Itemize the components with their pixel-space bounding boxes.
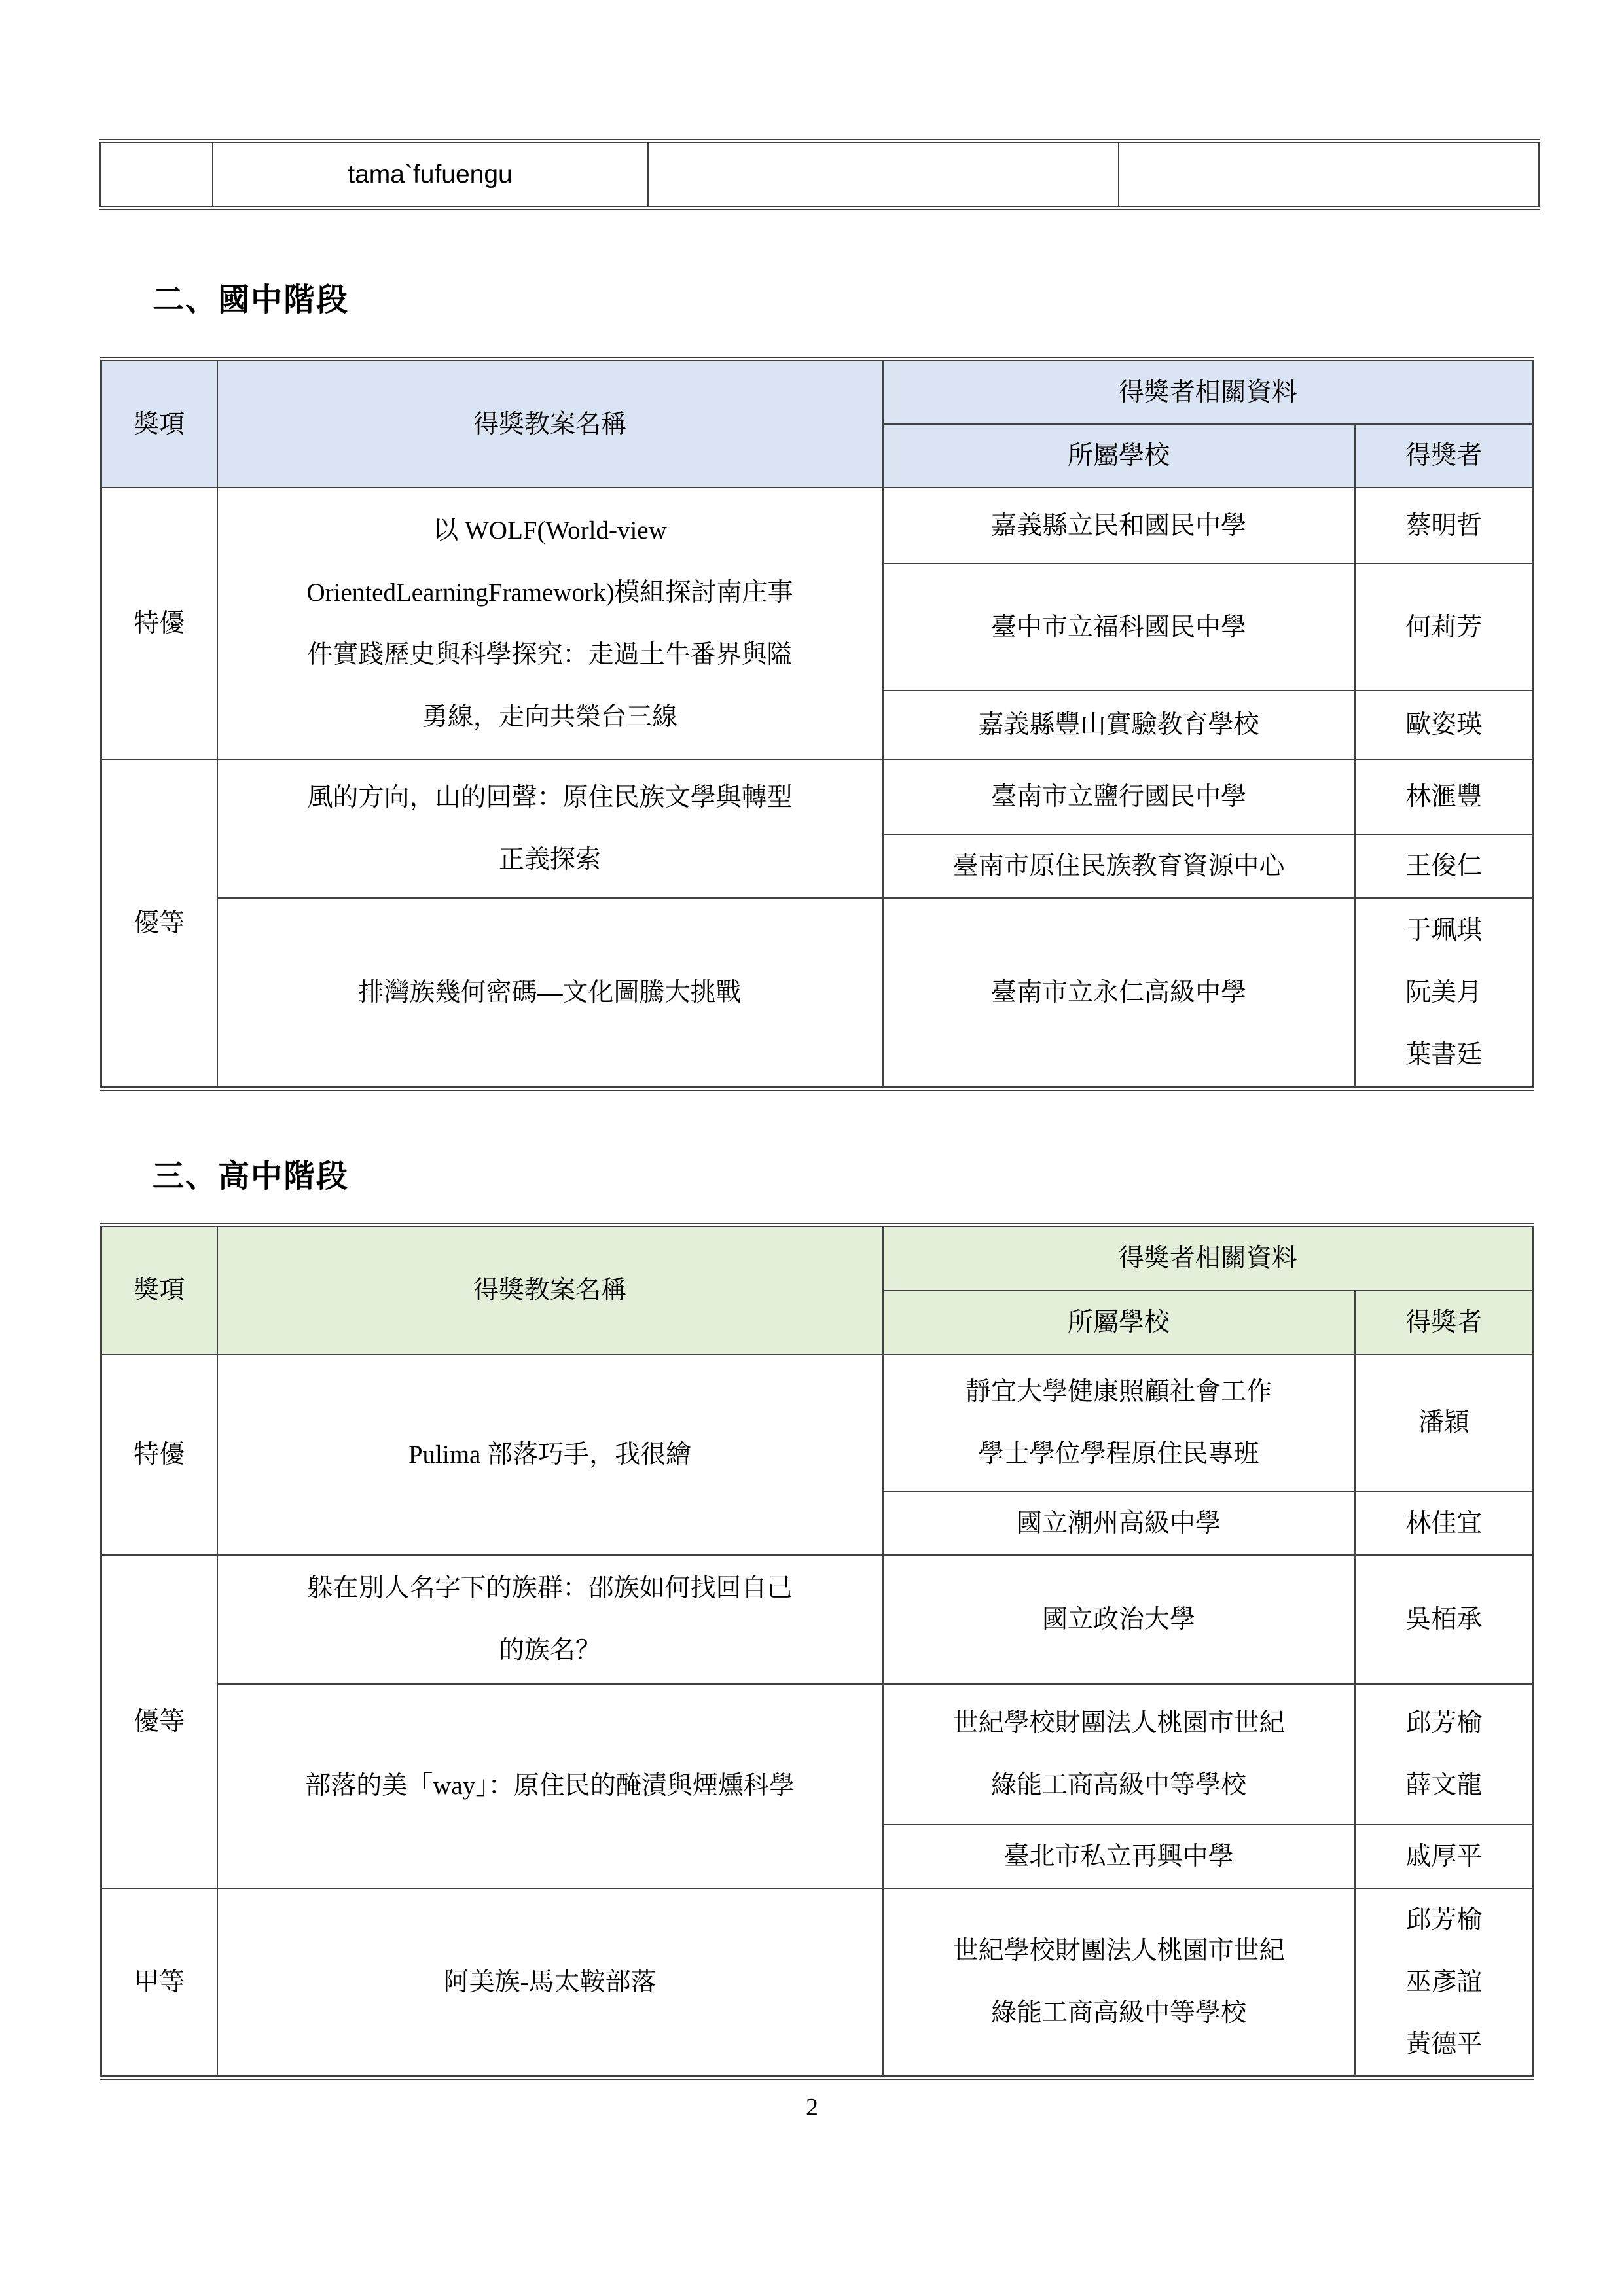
lesson-line: 阿美族-馬太鞍部落 [225, 1951, 876, 2013]
table-row: 排灣族幾何密碼—文化圖騰大挑戰 臺南市立永仁高級中學 于珮琪 阮美月 葉書廷 [101, 898, 1534, 1088]
header-related-info: 得獎者相關資料 [883, 359, 1534, 425]
school-cell: 臺南市立鹽行國民中學 [883, 759, 1355, 834]
award-cell: 甲等 [101, 1888, 217, 2078]
header-lesson: 得獎教案名稱 [217, 1225, 883, 1354]
school-cell: 世紀學校財團法人桃園市世紀 綠能工商高級中等學校 [883, 1684, 1355, 1825]
winner-cell: 歐姿瑛 [1355, 691, 1534, 759]
winner-cell [1119, 141, 1540, 208]
lesson-line: 件實踐歷史與科學探究：走過土牛番界與隘 [225, 624, 876, 686]
school-cell: 臺南市原住民族教育資源中心 [883, 834, 1355, 898]
school-cell: 國立政治大學 [883, 1555, 1355, 1684]
header-winner: 得獎者 [1355, 424, 1534, 488]
school-line: 世紀學校財團法人桃園市世紀 [890, 1692, 1348, 1754]
lesson-cell: 排灣族幾何密碼—文化圖騰大挑戰 [217, 898, 883, 1088]
header-winner: 得獎者 [1355, 1291, 1534, 1354]
lesson-line: 的族名？ [225, 1619, 876, 1681]
winner-cell: 邱芳榆 巫彥誼 黃德平 [1355, 1888, 1534, 2078]
senior-high-table: 獎項 得獎教案名稱 得獎者相關資料 所屬學校 得獎者 特優 Pulima 部落巧… [100, 1223, 1534, 2080]
award-cell: 優等 [101, 1555, 217, 1888]
school-cell [648, 141, 1119, 208]
lesson-line: 勇線，走向共榮台三線 [225, 686, 876, 748]
winner-cell: 邱芳榆 薛文龍 [1355, 1684, 1534, 1825]
header-school: 所屬學校 [883, 1291, 1355, 1354]
winner-name: 巫彥誼 [1362, 1951, 1526, 2013]
table-row: 優等 躲在別人名字下的族群：邵族如何找回自己 的族名？ 國立政治大學 吳栢承 [101, 1555, 1534, 1684]
table-header-row: 獎項 得獎教案名稱 得獎者相關資料 [101, 1225, 1534, 1291]
lesson-line: Pulima 部落巧手，我很繪 [225, 1424, 876, 1486]
lesson-line: 以 WOLF(World-view [225, 499, 876, 562]
header-award: 獎項 [101, 359, 217, 488]
school-line: 綠能工商高級中等學校 [890, 1982, 1348, 2044]
school-cell: 靜宜大學健康照顧社會工作 學士學位學程原住民專班 [883, 1354, 1355, 1492]
school-line: 學士學位學程原住民專班 [890, 1423, 1348, 1485]
award-cell: 特優 [101, 488, 217, 759]
school-line: 靜宜大學健康照顧社會工作 [890, 1361, 1348, 1423]
school-cell: 嘉義縣立民和國民中學 [883, 488, 1355, 564]
winner-cell: 林佳宜 [1355, 1492, 1534, 1555]
lesson-cell: 風的方向，山的回聲：原住民族文學與轉型 正義探索 [217, 759, 883, 898]
header-lesson: 得獎教案名稱 [217, 359, 883, 488]
winner-cell: 吳栢承 [1355, 1555, 1534, 1684]
lesson-cell: 部落的美「way」：原住民的醃漬與煙燻科學 [217, 1684, 883, 1888]
award-cell [101, 141, 213, 208]
winner-cell: 何莉芳 [1355, 564, 1534, 691]
table-row: 甲等 阿美族-馬太鞍部落 世紀學校財團法人桃園市世紀 綠能工商高級中等學校 邱芳… [101, 1888, 1534, 2078]
school-line: 綠能工商高級中等學校 [890, 1754, 1348, 1816]
table-row: 特優 Pulima 部落巧手，我很繪 靜宜大學健康照顧社會工作 學士學位學程原住… [101, 1354, 1534, 1492]
school-cell: 世紀學校財團法人桃園市世紀 綠能工商高級中等學校 [883, 1888, 1355, 2078]
winner-cell: 戚厚平 [1355, 1825, 1534, 1888]
school-cell: 嘉義縣豐山實驗教育學校 [883, 691, 1355, 759]
lesson-line: OrientedLearningFramework)模組探討南庄事 [225, 562, 876, 624]
lesson-line: 部落的美「way」：原住民的醃漬與煙燻科學 [225, 1755, 876, 1817]
school-cell: 臺北市私立再興中學 [883, 1825, 1355, 1888]
winner-name: 黃德平 [1362, 2013, 1526, 2075]
senior-section-heading: 三、高中階段 [153, 1160, 349, 1194]
school-cell: 臺中市立福科國民中學 [883, 564, 1355, 691]
school-line: 世紀學校財團法人桃園市世紀 [890, 1920, 1348, 1982]
table-row: tama`fufuengu [101, 141, 1540, 208]
winner-cell: 林滙豐 [1355, 759, 1534, 834]
junior-high-table: 獎項 得獎教案名稱 得獎者相關資料 所屬學校 得獎者 特優 以 WOLF(Wor… [100, 357, 1534, 1091]
winner-cell: 潘穎 [1355, 1354, 1534, 1492]
table-row: 部落的美「way」：原住民的醃漬與煙燻科學 世紀學校財團法人桃園市世紀 綠能工商… [101, 1684, 1534, 1825]
table-row: 優等 風的方向，山的回聲：原住民族文學與轉型 正義探索 臺南市立鹽行國民中學 林… [101, 759, 1534, 834]
lesson-cell: 阿美族-馬太鞍部落 [217, 1888, 883, 2078]
winner-cell: 蔡明哲 [1355, 488, 1534, 564]
lesson-cell: 以 WOLF(World-view OrientedLearningFramew… [217, 488, 883, 759]
winner-name: 邱芳榆 [1362, 1889, 1526, 1951]
document-page: tama`fufuengu 二、國中階段 獎項 得獎教案名稱 得獎者相關資料 所… [0, 0, 1624, 2296]
lesson-line: 正義探索 [225, 829, 876, 891]
lesson-line: 排灣族幾何密碼—文化圖騰大挑戰 [225, 961, 876, 1024]
winner-name: 薛文龍 [1362, 1754, 1526, 1816]
lesson-cell: Pulima 部落巧手，我很繪 [217, 1354, 883, 1555]
winner-name: 阮美月 [1362, 961, 1526, 1024]
lesson-cell: 躲在別人名字下的族群：邵族如何找回自己 的族名？ [217, 1555, 883, 1684]
lesson-cell: tama`fufuengu [213, 141, 648, 208]
junior-section-heading: 二、國中階段 [153, 283, 349, 317]
winner-name: 邱芳榆 [1362, 1692, 1526, 1754]
award-cell: 優等 [101, 759, 217, 1088]
table-row: 特優 以 WOLF(World-view OrientedLearningFra… [101, 488, 1534, 564]
school-cell: 國立潮州高級中學 [883, 1492, 1355, 1555]
school-cell: 臺南市立永仁高級中學 [883, 898, 1355, 1088]
continuation-table: tama`fufuengu [99, 139, 1540, 210]
lesson-line: 風的方向，山的回聲：原住民族文學與轉型 [225, 766, 876, 829]
table-header-row: 獎項 得獎教案名稱 得獎者相關資料 [101, 359, 1534, 425]
award-cell: 特優 [101, 1354, 217, 1555]
winner-name: 于珮琪 [1362, 899, 1526, 961]
lesson-line: 躲在別人名字下的族群：邵族如何找回自己 [225, 1557, 876, 1619]
winner-cell: 于珮琪 阮美月 葉書廷 [1355, 898, 1534, 1088]
header-related-info: 得獎者相關資料 [883, 1225, 1534, 1291]
header-award: 獎項 [101, 1225, 217, 1354]
page-number: 2 [0, 2094, 1624, 2121]
winner-name: 葉書廷 [1362, 1024, 1526, 1086]
header-school: 所屬學校 [883, 424, 1355, 488]
winner-cell: 王俊仁 [1355, 834, 1534, 898]
